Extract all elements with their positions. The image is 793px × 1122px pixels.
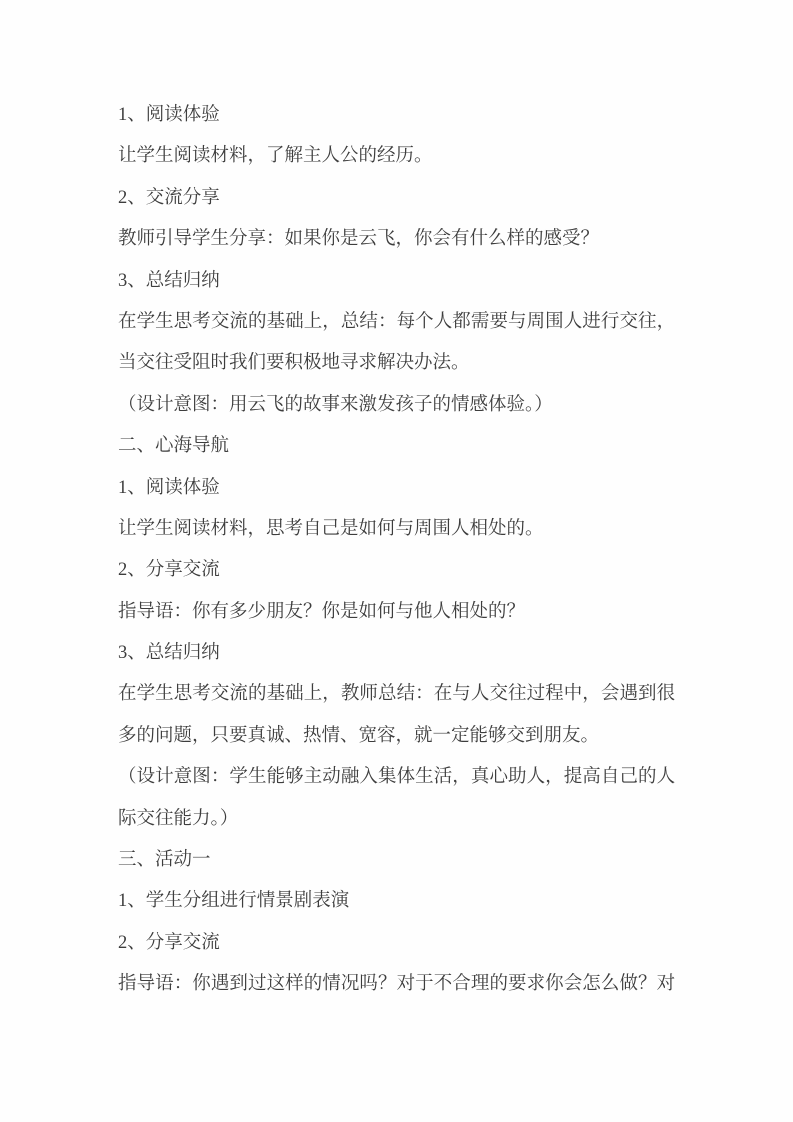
doc-line-design-intent: （设计意图：学生能够主动融入集体生活，真心助人，提高自己的人	[118, 757, 675, 798]
doc-line-numbered-item: 1、阅读体验	[118, 95, 675, 136]
doc-line-numbered-item: 1、阅读体验	[118, 468, 675, 509]
doc-line-paragraph: 让学生阅读材料，思考自己是如何与周围人相处的。	[118, 509, 675, 550]
doc-line-numbered-item: 2、分享交流	[118, 923, 675, 964]
doc-line-numbered-item: 2、分享交流	[118, 550, 675, 591]
doc-line-paragraph: 在学生思考交流的基础上，教师总结：在与人交往过程中，会遇到很	[118, 674, 675, 715]
doc-line-paragraph: 指导语：你遇到过这样的情况吗？对于不合理的要求你会怎么做？对	[118, 964, 675, 1005]
doc-line-numbered-item: 3、总结归纳	[118, 261, 675, 302]
document-page: 1、阅读体验 让学生阅读材料，了解主人公的经历。 2、交流分享 教师引导学生分享…	[0, 0, 793, 1122]
doc-line-section-heading: 二、心海导航	[118, 426, 675, 467]
doc-line-paragraph: 教师引导学生分享：如果你是云飞，你会有什么样的感受？	[118, 219, 675, 260]
doc-line-section-heading: 三、活动一	[118, 840, 675, 881]
doc-line-design-intent: 际交往能力。）	[118, 799, 675, 840]
doc-line-paragraph: 在学生思考交流的基础上，总结：每个人都需要与周围人进行交往，	[118, 302, 675, 343]
document-content: 1、阅读体验 让学生阅读材料，了解主人公的经历。 2、交流分享 教师引导学生分享…	[118, 95, 675, 1006]
doc-line-numbered-item: 1、学生分组进行情景剧表演	[118, 881, 675, 922]
doc-line-numbered-item: 3、总结归纳	[118, 633, 675, 674]
doc-line-design-intent: （设计意图：用云飞的故事来激发孩子的情感体验。）	[118, 385, 675, 426]
doc-line-paragraph: 让学生阅读材料，了解主人公的经历。	[118, 136, 675, 177]
doc-line-paragraph: 多的问题，只要真诚、热情、宽容，就一定能够交到朋友。	[118, 716, 675, 757]
doc-line-numbered-item: 2、交流分享	[118, 178, 675, 219]
doc-line-paragraph: 当交往受阻时我们要积极地寻求解决办法。	[118, 343, 675, 384]
doc-line-paragraph: 指导语：你有多少朋友？你是如何与他人相处的？	[118, 592, 675, 633]
